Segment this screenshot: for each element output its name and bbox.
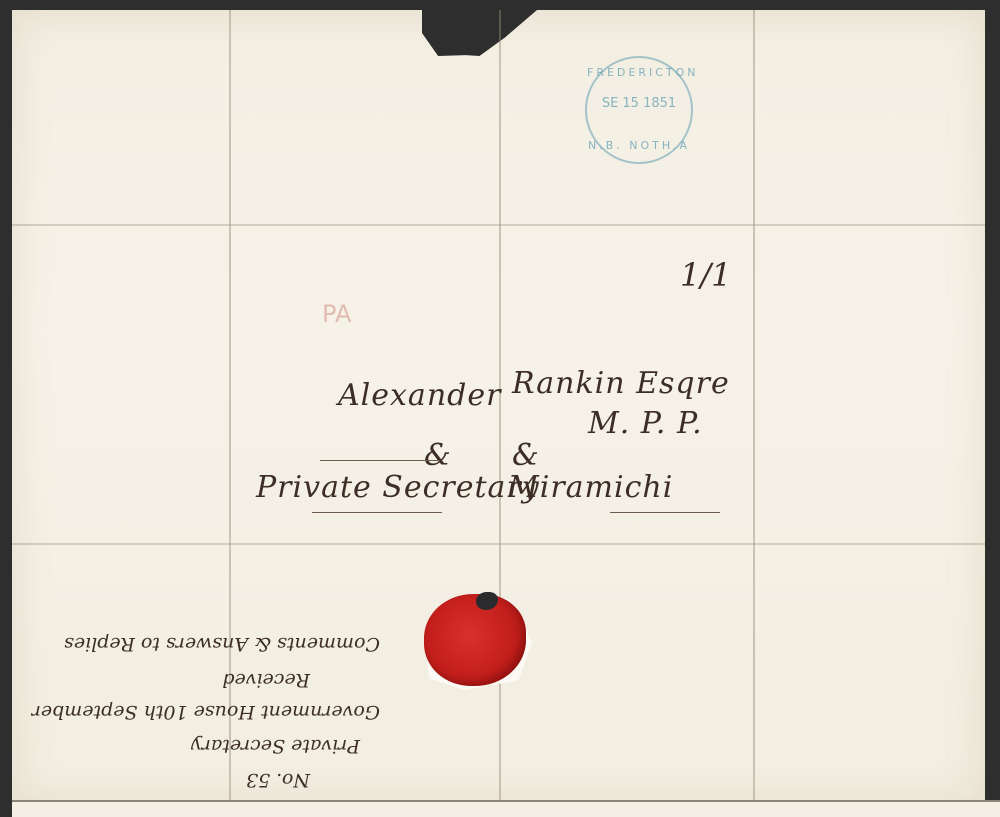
fold-line <box>12 224 985 226</box>
fold-line <box>753 10 755 807</box>
fold-line <box>12 543 985 545</box>
docket-number: No. 53 <box>246 769 310 791</box>
rate-marking: 1/1 <box>680 256 732 294</box>
docket-note-inverted: No. 53 Private Secretary Government Hous… <box>30 600 380 795</box>
postmark-top-text: FREDERICTON <box>587 66 691 79</box>
docket-origin-date: Government House 10th September <box>32 701 380 723</box>
docket-received: Received <box>222 669 310 691</box>
wax-seal <box>424 594 526 686</box>
address-title-mpp: M. P. P. <box>588 406 703 441</box>
address-role: Private Secretary <box>256 470 540 505</box>
faint-red-handstamp: PA <box>322 300 351 328</box>
address-surname: Rankin Esqre <box>512 366 730 401</box>
docket-sender: Private Secretary <box>191 735 360 757</box>
address-ampersand-right: & <box>512 438 540 473</box>
postmark-bottom-text: N.B. NOTH.A <box>587 139 691 152</box>
docket-subject: Comments & Answers to Replies <box>64 633 380 655</box>
address-first-name: Alexander <box>338 378 501 413</box>
postmark-date: SE 15 1851 <box>587 96 691 111</box>
postmark-stamp: FREDERICTON SE 15 1851 N.B. NOTH.A <box>585 56 693 164</box>
address-place: Miramichi <box>508 470 673 505</box>
flourish-line <box>320 460 440 461</box>
address-ampersand-left: & <box>424 438 452 473</box>
flourish-line <box>312 512 442 513</box>
inner-sheet-edge <box>12 800 1000 817</box>
flourish-line <box>610 512 720 513</box>
